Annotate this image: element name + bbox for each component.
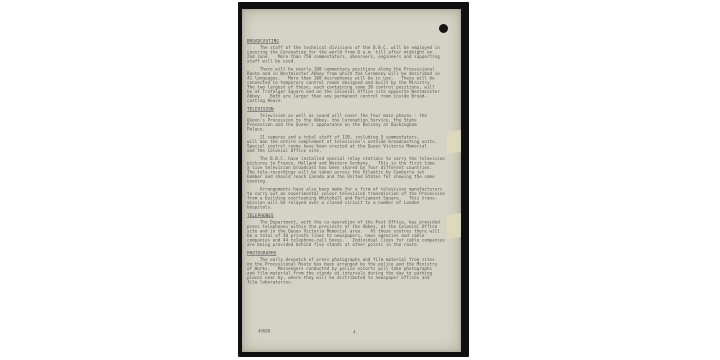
page-footer: 49608 4.: [247, 327, 457, 337]
paragraph: The B.B.C. have installed special relay …: [247, 157, 457, 184]
section-heading: BROADCASTING: [247, 39, 457, 44]
paragraph: Arrangements have also been made for a f…: [247, 187, 457, 210]
section-photographs: PHOTOGRAPHS The early despatch of press …: [247, 251, 457, 285]
page-number: 4.: [353, 330, 358, 335]
paragraph: The Department, with the co-operation of…: [247, 220, 457, 247]
paragraph: There will be nearly 100 commentary posi…: [247, 67, 457, 103]
section-heading: TELEVISION: [247, 107, 457, 112]
scan-background: BROADCASTING The staff of the technical …: [0, 0, 720, 360]
paragraph: The staff of the technical divisions of …: [247, 46, 457, 64]
section-broadcasting: BROADCASTING The staff of the technical …: [247, 39, 457, 103]
document-photo-frame: BROADCASTING The staff of the technical …: [238, 2, 469, 357]
document-page: BROADCASTING The staff of the technical …: [242, 9, 461, 352]
paragraph: The early despatch of press photographs …: [247, 258, 457, 285]
section-telephones: TELEPHONES The Department, with the co-o…: [247, 214, 457, 248]
typewritten-content: BROADCASTING The staff of the technical …: [247, 39, 457, 288]
section-heading: PHOTOGRAPHS: [247, 251, 457, 256]
paragraph: Television as well as sound will cover t…: [247, 114, 457, 132]
section-heading: TELEPHONES: [247, 214, 457, 219]
hole-punch-mark: [439, 24, 448, 33]
reference-number: 49608: [258, 329, 270, 334]
section-television: TELEVISION Television as well as sound w…: [247, 107, 457, 210]
paragraph: 21 cameras and a total staff of 120, inc…: [247, 135, 457, 153]
